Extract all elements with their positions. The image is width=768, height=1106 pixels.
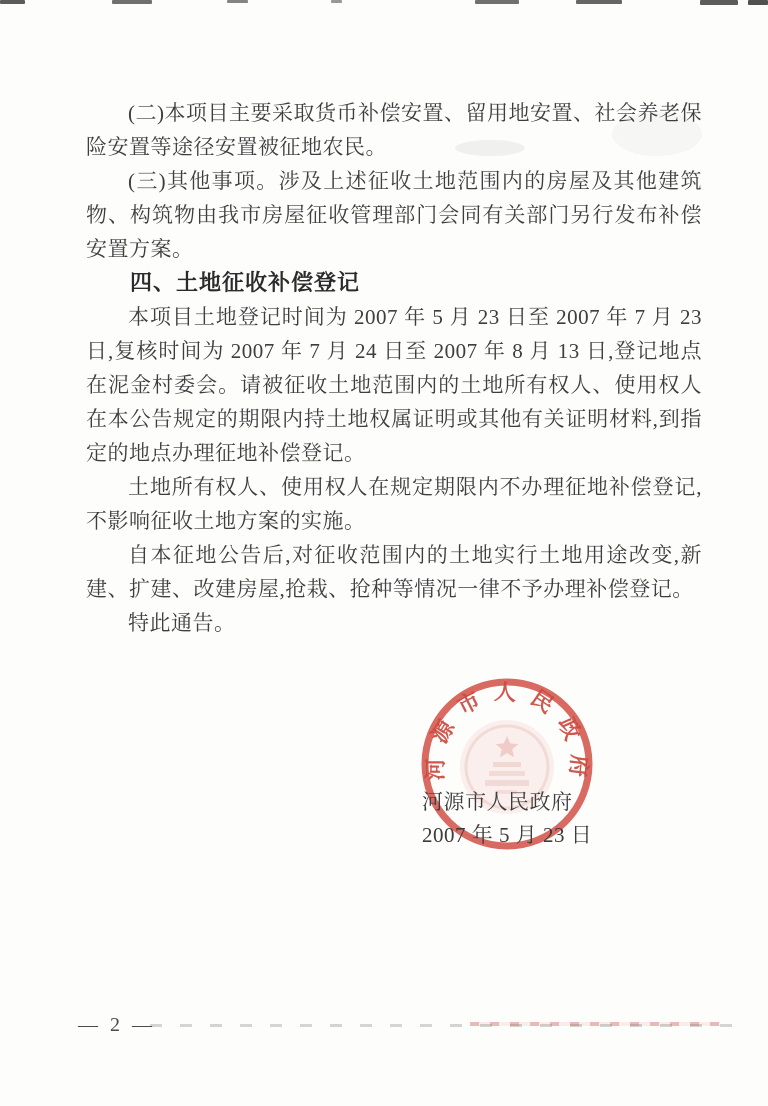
signature-date: 2007 年 5 月 23 日	[422, 819, 592, 852]
scan-artifact	[700, 0, 738, 5]
page-number: — 2 —	[78, 1014, 152, 1036]
page-footer: — 2 —	[78, 1012, 152, 1038]
paragraph-item-2: (二)本项目主要采取货币补偿安置、留用地安置、社会养老保险安置等途径安置被征地农…	[86, 96, 702, 164]
scan-noise-band-pink	[470, 1022, 720, 1026]
document-page: (二)本项目主要采取货币补偿安置、留用地安置、社会养老保险安置等途径安置被征地农…	[0, 0, 768, 1106]
scan-artifact	[748, 0, 768, 5]
paragraph-no-registration-effect: 土地所有权人、使用权人在规定期限内不办理征地补偿登记,不影响征收土地方案的实施。	[86, 470, 702, 538]
section-heading-registration: 四、土地征收补偿登记	[86, 266, 702, 300]
scan-artifact	[0, 0, 25, 4]
scan-artifact	[331, 0, 342, 3]
paragraph-prohibitions: 自本征地公告后,对征收范围内的土地实行土地用途改变,新建、扩建、改建房屋,抢栽、…	[86, 538, 702, 606]
signature-block: 河源市人民政府 2007 年 5 月 23 日	[422, 786, 592, 852]
paragraph-registration-period: 本项目土地登记时间为 2007 年 5 月 23 日至 2007 年 7 月 2…	[86, 300, 702, 470]
paragraph-closing: 特此通告。	[86, 606, 702, 640]
scan-artifact	[576, 0, 622, 4]
notice-body: (二)本项目主要采取货币补偿安置、留用地安置、社会养老保险安置等途径安置被征地农…	[86, 96, 702, 640]
scan-artifact	[112, 0, 152, 4]
scan-artifact	[475, 0, 519, 4]
signature-authority: 河源市人民政府	[422, 786, 592, 819]
paragraph-item-3: (三)其他事项。涉及上述征收土地范围内的房屋及其他建筑物、构筑物由我市房屋征收管…	[86, 164, 702, 266]
scan-artifact	[227, 0, 248, 3]
